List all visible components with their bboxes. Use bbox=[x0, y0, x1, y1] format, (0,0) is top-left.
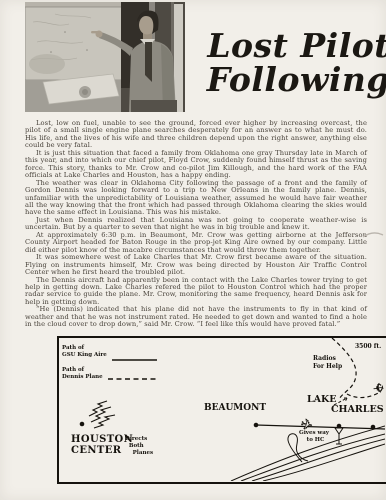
title-line-1: Lost Pilot bbox=[207, 29, 386, 63]
radio-waves-icon bbox=[89, 401, 115, 428]
lake-charles-dot bbox=[337, 424, 342, 429]
title-line-2: Following bbox=[207, 63, 386, 97]
altitude-label: 3500 ft. bbox=[355, 343, 381, 351]
paragraph: The Dennis aircraft had apparently been … bbox=[25, 277, 367, 307]
paragraph: It is just this situation that faced a f… bbox=[25, 150, 367, 180]
article-photo bbox=[25, 2, 185, 112]
directs-both-planes-label: Directs Both Planes bbox=[125, 436, 153, 457]
paragraph: At approximately 6:30 p.m. in Beaumont, … bbox=[25, 232, 367, 254]
magazine-page: Lost Pilot Following Lost, low on fuel, … bbox=[0, 0, 386, 500]
gives-way-label: Gives way to HC bbox=[299, 430, 329, 444]
paragraph: It was somewhere west of Lake Charles th… bbox=[25, 254, 367, 276]
lake-label: LAKE bbox=[307, 396, 337, 403]
houston-center-dot bbox=[80, 422, 85, 427]
article-body: Lost, low on fuel, unable to see the gro… bbox=[25, 120, 367, 329]
beaumont-label: BEAUMONT bbox=[204, 405, 266, 412]
paragraph: Just when Dennis realized that Louisiana… bbox=[25, 217, 367, 232]
location-dots bbox=[80, 422, 376, 430]
legend-king-aire-label: Path of GSU King Aire bbox=[62, 345, 107, 359]
radios-for-help-label: Radios For Help bbox=[313, 355, 342, 370]
dennis-airplane-icon: ✈ bbox=[371, 380, 385, 398]
houston-center-label: HOUSTON CENTER bbox=[71, 435, 133, 456]
control-tower-icon bbox=[335, 428, 343, 444]
flight-path-diagram: ✈ ✈ Path of GSU King Aire Path of Dennis… bbox=[57, 336, 386, 484]
paragraph: Lost, low on fuel, unable to see the gro… bbox=[25, 120, 367, 150]
paragraph: “He (Dennis) indicated that his plane di… bbox=[25, 306, 367, 328]
article-title: Lost Pilot Following bbox=[207, 29, 386, 97]
beaumont-dot bbox=[254, 423, 259, 428]
king-aire-path bbox=[256, 425, 385, 429]
page-curl-mark bbox=[362, 229, 384, 241]
charles-label: CHARLES bbox=[331, 406, 384, 413]
lake-charles-dot-2 bbox=[371, 425, 376, 430]
paragraph: The weather was clear in Oklahoma City f… bbox=[25, 180, 367, 217]
photo-illustration bbox=[25, 2, 185, 112]
legend-dennis-label: Path of Dennis Plane bbox=[62, 367, 103, 381]
